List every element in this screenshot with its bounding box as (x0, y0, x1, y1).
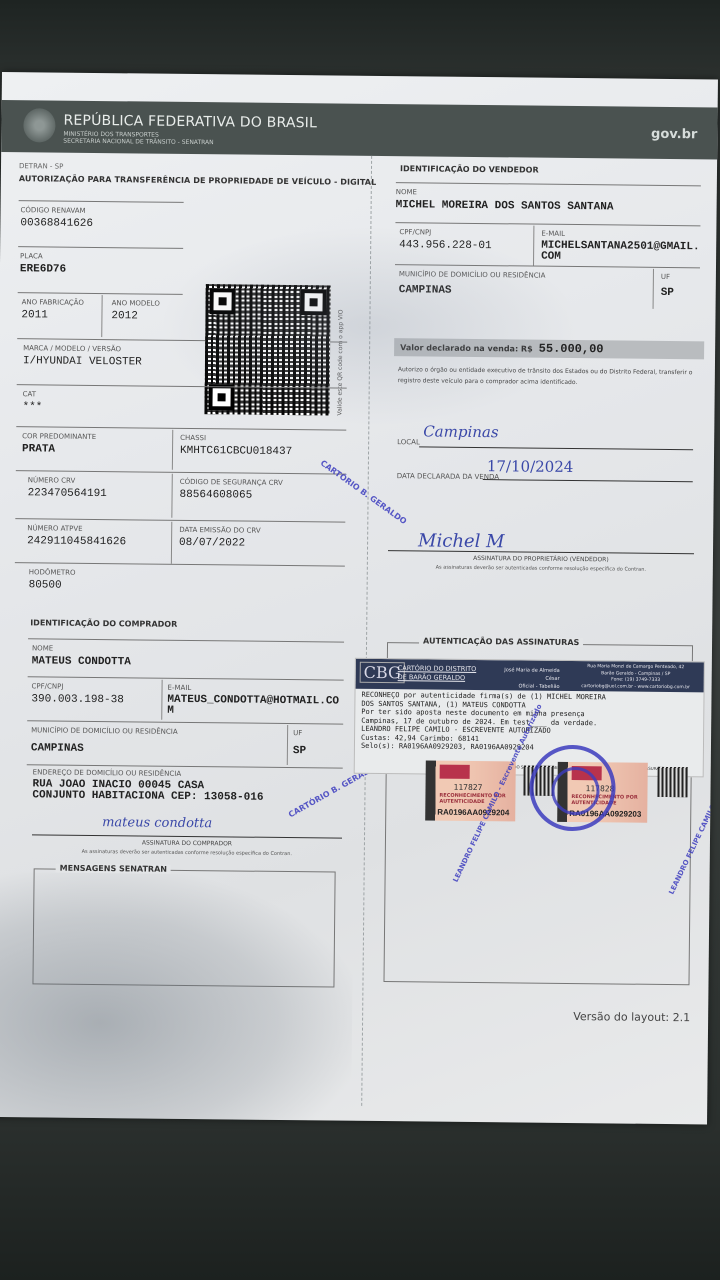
placa-field: PLACA ERE6D76 (20, 252, 66, 275)
declared-value-label: Valor declarado na venda: R$ (400, 343, 533, 353)
issuer-label: DETRAN - SP (19, 162, 63, 170)
buyer-name-field: NOME MATEUS CONDOTTA (32, 644, 131, 668)
seller-signature-note: As assinaturas deverão ser autenticadas … (388, 564, 694, 573)
cartorio-name: CARTÓRIO DO DISTRITO DE BARÃO GERALDO (398, 664, 477, 683)
buyer-signature: mateus condotta (102, 815, 212, 831)
qr-caption: Valide este QR code com o app VIO (336, 309, 344, 415)
buyer-municipio-field: MUNICÍPIO DE DOMICÍLIO OU RESIDÊNCIA CAM… (31, 726, 178, 756)
cartorio-header: CBG CARTÓRIO DO DISTRITO DE BARÃO GERALD… (356, 659, 705, 693)
cartorio-official: José Maria de Almeida César Oficial - Ta… (492, 666, 560, 691)
local-label: LOCAL (397, 438, 420, 446)
country-title: REPÚBLICA FEDERATIVA DO BRASIL (63, 113, 317, 132)
ano-fabricacao-field: ANO FABRICAÇÃO 2011 (21, 298, 84, 322)
cat-field: CAT *** (22, 390, 42, 413)
secretariat-label: SECRETARIA NACIONAL DE TRÂNSITO - SENATR… (63, 138, 213, 147)
govbr-logo: gov.br (651, 127, 697, 142)
declared-value: 55.000,00 (539, 342, 604, 357)
seller-uf-field: UF SP (661, 273, 674, 299)
local-value: Campinas (423, 422, 499, 441)
seller-municipio-field: MUNICÍPIO DE DOMICÍLIO OU RESIDÊNCIA CAM… (399, 270, 546, 298)
seller-email-field: E-MAIL MICHELSANTANA2501@GMAIL.COM (541, 230, 701, 265)
seller-section: IDENTIFICAÇÃO DO VENDEDOR NOME MICHEL MO… (386, 166, 706, 169)
buyer-cpf-field: CPF/CNPJ 390.003.198-38 (31, 682, 124, 706)
senatran-messages-box (32, 868, 335, 987)
seller-section-title: IDENTIFICAÇÃO DO VENDEDOR (400, 164, 539, 174)
buyer-address-field: ENDEREÇO DE DOMICÍLIO OU RESIDÊNCIA RUA … (32, 768, 263, 803)
column-divider (361, 156, 372, 1106)
seller-signature-label: ASSINATURA DO PROPRIETÁRIO (VENDEDOR) (388, 554, 694, 564)
authentication-content: CBG CARTÓRIO DO DISTRITO DE BARÃO GERALD… (379, 638, 701, 841)
gov-header: REPÚBLICA FEDERATIVA DO BRASIL MINISTÉRI… (1, 100, 718, 159)
authorization-text: Autorizo o órgão ou entidade executivo d… (398, 364, 698, 389)
selo-2-qr (657, 767, 687, 797)
document-title: AUTORIZAÇÃO PARA TRANSFERÊNCIA DE PROPRI… (19, 174, 377, 187)
hodometro-field: HODÔMETRO 80500 (29, 568, 76, 591)
codigo-seguranca-field: CÓDIGO DE SEGURANÇA CRV 88564608065 (180, 478, 283, 502)
coat-of-arms-icon (23, 108, 55, 142)
buyer-signature-note: As assinaturas deverão ser autenticadas … (32, 848, 342, 857)
numero-atpve-field: NÚMERO ATPVe 242911045841626 (27, 524, 126, 548)
registral-stamp (529, 745, 616, 832)
buyer-email-field: E-MAIL MATEUS_CONDOTTA@HOTMAIL.COM (167, 684, 343, 719)
buyer-signature-label: ASSINATURA DO COMPRADOR (32, 838, 342, 848)
marca-modelo-field: MARCA / MODELO / VERSÃO I/HYUNDAI VELOST… (23, 344, 142, 368)
seller-name-field: NOME MICHEL MOREIRA DOS SANTOS SANTANA (396, 188, 614, 213)
vehicle-section: DETRAN - SP AUTORIZAÇÃO PARA TRANSFERÊNC… (19, 162, 354, 166)
ano-modelo-field: ANO MODELO 2012 (111, 299, 160, 323)
buyer-uf-field: UF SP (293, 729, 306, 757)
sale-date-value: 17/10/2024 (487, 457, 574, 476)
cartorio-stamp: CARTÓRIO B. GERALDO (319, 458, 409, 526)
qr-code[interactable] (204, 284, 330, 415)
cor-field: COR PREDOMINANTE PRATA (22, 432, 96, 456)
data-emissao-crv-field: DATA EMISSÃO DO CRV 08/07/2022 (179, 526, 261, 550)
chassi-field: CHASSI KMHTC61CBCU018437 (180, 434, 292, 458)
numero-crv-field: NÚMERO CRV 223470564191 (28, 476, 107, 500)
document-page: REPÚBLICA FEDERATIVA DO BRASIL MINISTÉRI… (0, 72, 718, 1124)
buyer-section-title: IDENTIFICAÇÃO DO COMPRADOR (30, 618, 177, 629)
senatran-messages-title: MENSAGENS SENATRAN (56, 864, 171, 874)
selo-brand-icon (440, 765, 470, 779)
cartorio-address: Rua Maria Monzi de Camargo Penteado, 42 … (568, 664, 704, 691)
declared-value-bar: Valor declarado na venda: R$ 55.000,00 (394, 338, 704, 359)
seller-signature: Michel M (418, 530, 505, 552)
renavam-field: CÓDIGO RENAVAM 00368841626 (20, 206, 93, 230)
seller-cpf-field: CPF/CNPJ 443.956.228-01 (399, 228, 492, 252)
layout-version: Versão do layout: 2.1 (573, 1010, 690, 1024)
